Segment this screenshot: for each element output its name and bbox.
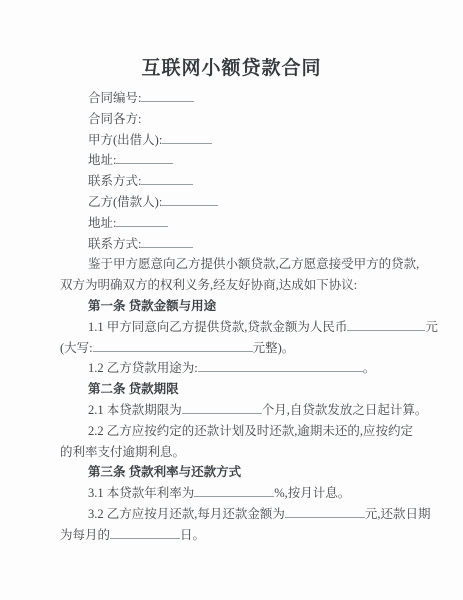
text-segment: 鉴于甲方愿意向乙方提供小额贷款,乙方愿意接受甲方的贷款, [88, 257, 419, 271]
text-segment: 2.2 乙方应按约定的还款计划及时还款,逾期未还的,应按约定 [88, 424, 413, 438]
contract-line: 3.2 乙方应按月还款,每月还款金额为元,还款日期 [60, 504, 463, 525]
blank-field [93, 339, 253, 352]
text-segment: 地址: [88, 153, 116, 167]
text-segment: 个月,自贷款发放之日起计算。 [262, 403, 428, 417]
section-heading: 第三条 贷款利率与还款方式 [60, 462, 463, 483]
contract-line: 合同各方: [60, 109, 463, 130]
contract-line: 1.2 乙方贷款用途为:。 [60, 358, 463, 379]
text-segment: 。 [363, 361, 376, 375]
contract-line: 2.1 本贷款期限为个月,自贷款发放之日起计算。 [60, 400, 463, 421]
contract-line: 为每月的日。 [60, 525, 463, 546]
blank-field [141, 172, 193, 185]
blank-field [116, 214, 168, 227]
contract-line: (大写:元整)。 [60, 338, 463, 359]
section-heading: 第一条 贷款金额与用途 [60, 296, 463, 317]
contract-line: 甲方(出借人): [60, 130, 463, 151]
text-segment: 元 [425, 320, 438, 334]
text-segment: 合同各方: [88, 112, 141, 126]
blank-field [162, 193, 218, 206]
blank-field [347, 318, 425, 331]
text-segment: 联系方式: [88, 237, 141, 251]
contract-line: 的利率支付逾期利息。 [60, 442, 463, 463]
contract-line: 地址: [60, 213, 463, 234]
contract-line: 3.1 本贷款年利率为%,按月计息。 [60, 483, 463, 504]
blank-field [141, 235, 193, 248]
text-segment: 元整)。 [253, 341, 295, 355]
blank-field [198, 359, 363, 372]
text-segment: 合同编号: [88, 91, 141, 105]
blank-field [285, 505, 365, 518]
text-segment: 第一条 贷款金额与用途 [88, 299, 216, 313]
blank-field [116, 151, 173, 164]
contract-line: 鉴于甲方愿意向乙方提供小额贷款,乙方愿意接受甲方的贷款, [60, 254, 463, 275]
text-segment: 日。 [180, 528, 205, 542]
text-segment: 的利率支付逾期利息。 [60, 445, 185, 459]
text-segment: 为每月的 [60, 528, 110, 542]
contract-line: 联系方式: [60, 234, 463, 255]
text-segment: 元,还款日期 [365, 507, 431, 521]
text-segment: 3.1 本贷款年利率为 [88, 486, 194, 500]
blank-field [141, 89, 194, 102]
contract-line: 地址: [60, 150, 463, 171]
text-segment: 联系方式: [88, 174, 141, 188]
blank-field [194, 484, 274, 497]
contract-line: 2.2 乙方应按约定的还款计划及时还款,逾期未还的,应按约定 [60, 421, 463, 442]
section-heading: 第二条 贷款期限 [60, 379, 463, 400]
text-segment: 乙方(借款人): [88, 195, 162, 209]
text-segment: 双方为明确双方的权利义务,经友好协商,达成如下协议: [60, 278, 357, 292]
text-segment: 1.2 乙方贷款用途为: [88, 361, 198, 375]
text-segment: %,按月计息。 [274, 486, 350, 500]
blank-field [110, 526, 180, 539]
blank-field [182, 401, 262, 414]
text-segment: 第二条 贷款期限 [88, 382, 179, 396]
text-segment: 甲方(出借人): [88, 133, 162, 147]
text-segment: 2.1 本贷款期限为 [88, 403, 182, 417]
text-segment: 第三条 贷款利率与还款方式 [88, 465, 241, 479]
contract-line: 合同编号: [60, 88, 463, 109]
text-segment: (大写: [60, 341, 93, 355]
text-segment: 地址: [88, 216, 116, 230]
contract-line: 双方为明确双方的权利义务,经友好协商,达成如下协议: [60, 275, 463, 296]
contract-line: 乙方(借款人): [60, 192, 463, 213]
contract-body: 合同编号:合同各方:甲方(出借人):地址:联系方式:乙方(借款人):地址:联系方… [60, 88, 463, 546]
contract-line: 1.1 甲方同意向乙方提供贷款,贷款金额为人民币元 [60, 317, 463, 338]
contract-page: 互联网小额贷款合同 合同编号:合同各方:甲方(出借人):地址:联系方式:乙方(借… [0, 0, 463, 600]
text-segment: 1.1 甲方同意向乙方提供贷款,贷款金额为人民币 [88, 320, 347, 334]
text-segment: 3.2 乙方应按月还款,每月还款金额为 [88, 507, 285, 521]
contract-title: 互联网小额贷款合同 [0, 53, 463, 80]
contract-line: 联系方式: [60, 171, 463, 192]
blank-field [162, 131, 212, 144]
